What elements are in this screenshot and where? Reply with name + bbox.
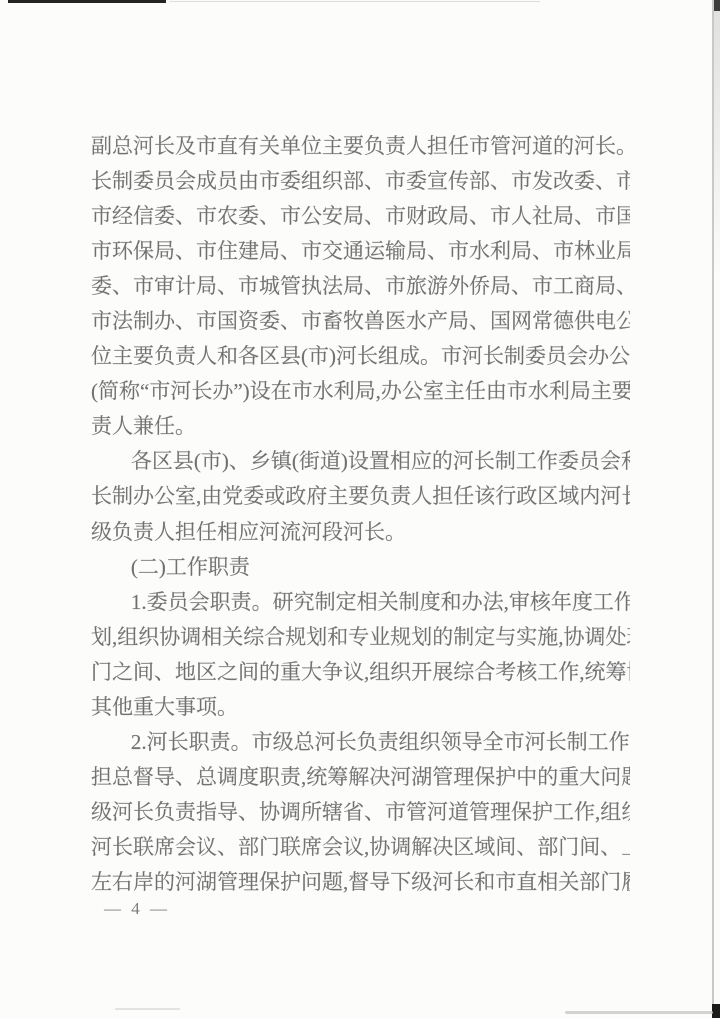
text-line: (简称“市河长办”)设在市水利局,办公室主任由市水利局主要负 [91, 374, 630, 409]
scan-smudge-bottom [565, 1011, 713, 1014]
text-line: 长制办公室,由党委或政府主要负责人担任该行政区域内河长,同 [91, 479, 630, 514]
text-line: 门之间、地区之间的重大争议,组织开展综合考核工作,统筹协调 [91, 655, 630, 690]
text-line: 担总督导、总调度职责,统筹解决河湖管理保护中的重大问题。市 [91, 760, 630, 795]
scan-right-shadow [714, 0, 720, 280]
text-line: 左右岸的河湖管理保护问题,督导下级河长和市直相关部门履行 [91, 865, 630, 900]
text-line: 副总河长及市直有关单位主要负责人担任市管河道的河长。市河 [91, 129, 630, 164]
scan-edge-top-dark [8, 0, 166, 3]
text-line: 责人兼任。 [91, 409, 630, 444]
text-line: 各区县(市)、乡镇(街道)设置相应的河长制工作委员会和河 [91, 444, 630, 479]
text-line: 位主要负责人和各区县(市)河长组成。市河长制委员会办公室 [91, 339, 630, 374]
text-line: 河长联席会议、部门联席会议,协调解决区域间、部门间、上下游、 [91, 830, 630, 865]
scan-smudge-bottom-left [115, 1008, 180, 1010]
text-line: 委、市审计局、市城管执法局、市旅游外侨局、市工商局、市质监局、 [91, 269, 630, 304]
text-line: 市法制办、市国资委、市畜牧兽医水产局、国网常德供电公司等单 [91, 304, 630, 339]
document-text-block: 副总河长及市直有关单位主要负责人担任市管河道的河长。市河长制委员会成员由市委组织… [91, 129, 630, 900]
scanned-document-page: 副总河长及市直有关单位主要负责人担任市管河道的河长。市河长制委员会成员由市委组织… [0, 0, 720, 1018]
text-line: 级负责人担任相应河流河段河长。 [91, 515, 630, 550]
scan-corner-bottom-right [712, 1004, 720, 1018]
text-line: 2.河长职责。市级总河长负责组织领导全市河长制工作,承 [91, 725, 630, 760]
scan-corner-top-right [714, 0, 720, 11]
text-line: 1.委员会职责。研究制定相关制度和办法,审核年度工作计 [91, 585, 630, 620]
text-line: 级河长负责指导、协调所辖省、市管河道管理保护工作,组织召开 [91, 795, 630, 830]
text-line: (二)工作职责 [91, 550, 630, 585]
text-line: 划,组织协调相关综合规划和专业规划的制定与实施,协调处理部 [91, 620, 630, 655]
text-line: 长制委员会成员由市委组织部、市委宣传部、市发改委、市科技局、 [91, 164, 630, 199]
text-line: 市经信委、市农委、市公安局、市财政局、市人社局、市国土资源局、 [91, 199, 630, 234]
scan-edge-top-faint [170, 1, 540, 2]
scan-page-edge-line [712, 0, 714, 1018]
text-line: 市环保局、市住建局、市交通运输局、市水利局、市林业局、市卫计 [91, 234, 630, 269]
text-line: 其他重大事项。 [91, 690, 630, 725]
page-number: — 4 — [104, 899, 170, 919]
